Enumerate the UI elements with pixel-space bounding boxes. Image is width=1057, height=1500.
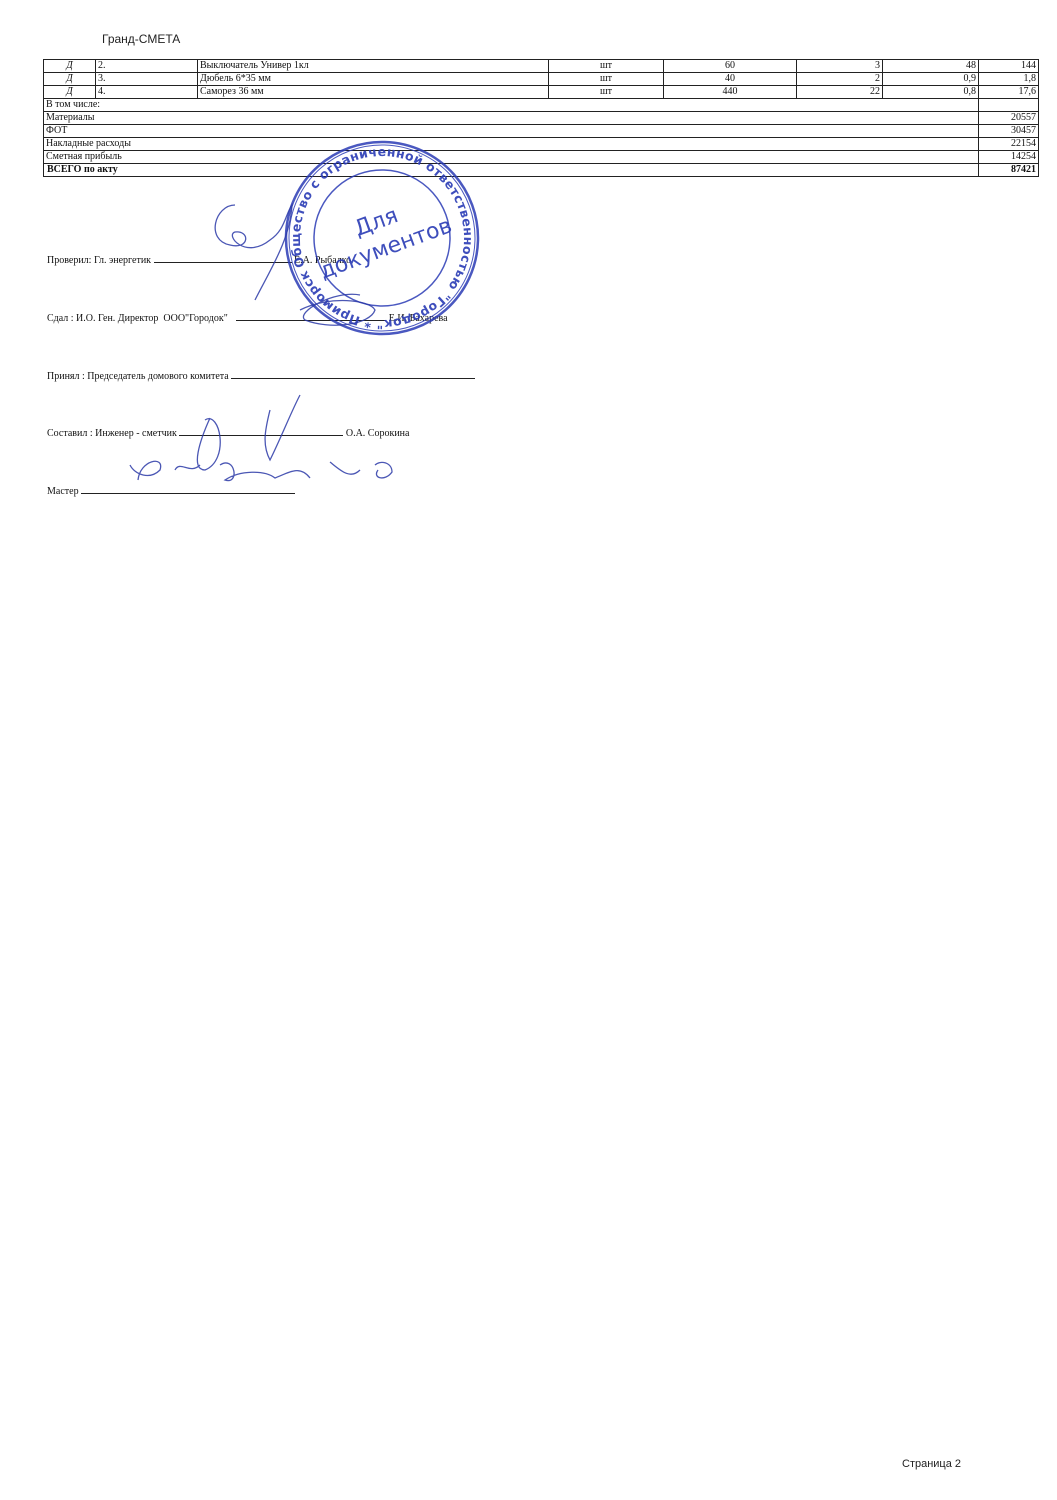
row-unit: шт [549,73,664,86]
row-quantity: 40 [664,73,797,86]
signature-name: Е.А. Рыбалко [294,255,351,266]
row-price: 0,9 [883,73,979,86]
row-number: 3. [96,73,198,86]
row-total: 17,6 [979,86,1039,99]
stamp-center-line1: Для [351,203,401,242]
summary-label: Сметная прибыль [44,151,979,164]
summary-heading-row: В том числе: [44,99,1039,112]
summary-value: 20557 [979,112,1039,125]
row-number: 2. [96,60,198,73]
total-label: ВСЕГО по акту [44,164,979,177]
row-col6: 2 [797,73,883,86]
row-col6: 3 [797,60,883,73]
row-name: Дюбель 6*35 мм [198,73,549,86]
row-name: Саморез 36 мм [198,86,549,99]
row-total: 1,8 [979,73,1039,86]
summary-label: Накладные расходы [44,138,979,151]
signature-label: Принял : Председатель домового комитета [47,371,229,382]
handwritten-signatures [130,205,392,481]
row-number: 4. [96,86,198,99]
stamp-center-line2: документов [316,213,455,284]
summary-row-payroll: ФОТ 30457 [44,125,1039,138]
row-type: Д [44,86,96,99]
signature-blank [236,310,386,321]
signature-blank [179,425,343,436]
row-quantity: 440 [664,86,797,99]
summary-heading: В том числе: [44,99,979,112]
table-row: Д 4. Саморез 36 мм шт 440 22 0,8 17,6 [44,86,1039,99]
summary-label: Материалы [44,112,979,125]
summary-row-profit: Сметная прибыль 14254 [44,151,1039,164]
summary-value: 14254 [979,151,1039,164]
signature-accepted: Принял : Председатель домового комитета [47,368,475,382]
signature-compiled: Составил : Инженер - сметчик О.А. Сороки… [47,425,409,439]
signature-label: Проверил: Гл. энергетик [47,255,151,266]
signature-name: Е.И. Бахарева [389,313,448,324]
summary-label: ФОТ [44,125,979,138]
total-value: 87421 [979,164,1039,177]
signature-name: О.А. Сорокина [346,428,410,439]
signature-checked: Проверил: Гл. энергетик Е.А. Рыбалко [47,252,351,266]
signature-master: Мастер [47,483,295,497]
row-unit: шт [549,60,664,73]
empty-cell [979,99,1039,112]
row-col6: 22 [797,86,883,99]
row-type: Д [44,73,96,86]
signature-blank [154,252,292,263]
row-unit: шт [549,86,664,99]
row-type: Д [44,60,96,73]
signature-label: Составил : Инженер - сметчик [47,428,177,439]
summary-row-overhead: Накладные расходы 22154 [44,138,1039,151]
estimate-table: Д 2. Выключатель Универ 1кл шт 60 3 48 1… [43,59,1039,177]
page-number: Страница 2 [902,1458,961,1470]
summary-value: 22154 [979,138,1039,151]
stamp-and-signatures-overlay: Общество с ограниченной ответственностью… [0,0,1057,1500]
signature-handwritten-master [130,461,392,480]
total-row: ВСЕГО по акту 87421 [44,164,1039,177]
signature-label: Сдал : И.О. Ген. Директор ООО"Городок" [47,313,228,324]
row-price: 48 [883,60,979,73]
table-row: Д 3. Дюбель 6*35 мм шт 40 2 0,9 1,8 [44,73,1039,86]
row-total: 144 [979,60,1039,73]
signature-label: Мастер [47,486,79,497]
row-price: 0,8 [883,86,979,99]
summary-row-materials: Материалы 20557 [44,112,1039,125]
row-quantity: 60 [664,60,797,73]
summary-value: 30457 [979,125,1039,138]
signature-blank [81,483,295,494]
table-row: Д 2. Выключатель Универ 1кл шт 60 3 48 1… [44,60,1039,73]
signature-handed: Сдал : И.О. Ген. Директор ООО"Городок" Е… [47,310,448,324]
row-name: Выключатель Универ 1кл [198,60,549,73]
signature-blank [231,368,475,379]
app-header-title: Гранд-СМЕТА [102,32,180,46]
